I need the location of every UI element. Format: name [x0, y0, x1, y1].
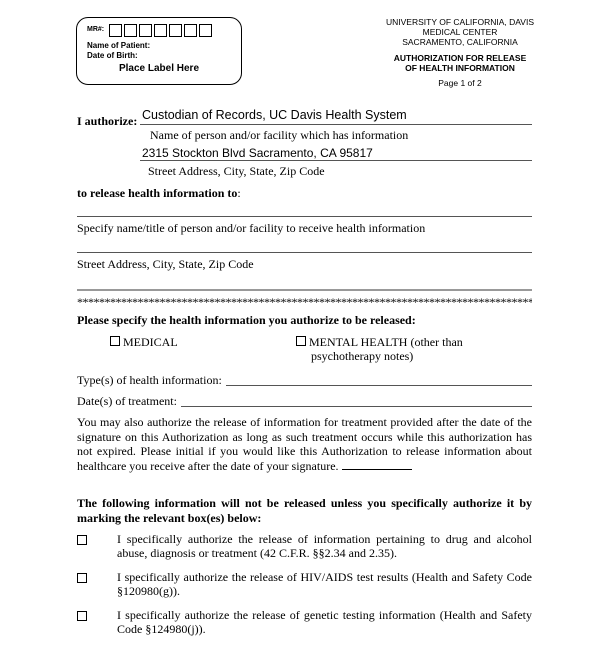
medical-option[interactable]: MEDICAL: [110, 335, 178, 350]
org-center: MEDICAL CENTER: [370, 27, 550, 37]
recipient-field[interactable]: [77, 216, 532, 217]
special-heading: The following information will not be re…: [77, 496, 532, 526]
recipient-address-caption: Street Address, City, State, Zip Code: [77, 257, 254, 272]
org-name: UNIVERSITY OF CALIFORNIA, DAVIS: [370, 17, 550, 27]
mr-label: MR#:: [87, 26, 104, 33]
page-number: Page 1 of 2: [370, 78, 550, 88]
place-label-text: Place Label Here: [77, 63, 241, 74]
mental-health-option[interactable]: MENTAL HEALTH (other thanpsychotherapy n…: [296, 335, 463, 363]
authorize-address-field[interactable]: 2315 Stockton Blvd Sacramento, CA 95817: [142, 146, 373, 160]
dob-label: Date of Birth:: [87, 51, 138, 60]
address-caption: Street Address, City, State, Zip Code: [148, 164, 325, 179]
special-item[interactable]: I specifically authorize the release of …: [77, 570, 532, 598]
dates-label: Date(s) of treatment:: [77, 394, 177, 409]
mental-health-checkbox[interactable]: [296, 336, 306, 346]
name-caption: Name of person and/or facility which has…: [150, 128, 408, 143]
form-title-2: OF HEALTH INFORMATION: [370, 63, 550, 73]
recipient-caption: Specify name/title of person and/or faci…: [77, 221, 425, 236]
dates-field[interactable]: [181, 406, 532, 407]
special-item[interactable]: I specifically authorize the release of …: [77, 608, 532, 636]
drug-alcohol-checkbox[interactable]: [77, 535, 87, 545]
types-field[interactable]: [226, 385, 532, 386]
patient-label-box: MR#: Name of Patient: Date of Birth: Pla…: [76, 17, 242, 85]
org-header: UNIVERSITY OF CALIFORNIA, DAVIS MEDICAL …: [370, 17, 550, 88]
special-item[interactable]: I specifically authorize the release of …: [77, 532, 532, 560]
medical-checkbox[interactable]: [110, 336, 120, 346]
authorize-label: I authorize:: [77, 114, 137, 129]
separator: ****************************************…: [77, 295, 532, 310]
patient-name-label: Name of Patient:: [87, 41, 150, 50]
org-location: SACRAMENTO, CALIFORNIA: [370, 37, 550, 47]
release-to-label: to release health information to:: [77, 186, 241, 201]
initial-field[interactable]: [342, 469, 412, 470]
genetic-checkbox[interactable]: [77, 611, 87, 621]
form-title-1: AUTHORIZATION FOR RELEASE: [370, 53, 550, 63]
specify-heading: Please specify the health information yo…: [77, 313, 416, 328]
future-release-text: You may also authorize the release of in…: [77, 415, 532, 473]
recipient-address-field[interactable]: [77, 252, 532, 253]
types-label: Type(s) of health information:: [77, 373, 222, 388]
authorize-name-field[interactable]: Custodian of Records, UC Davis Health Sy…: [142, 108, 407, 122]
hiv-checkbox[interactable]: [77, 573, 87, 583]
